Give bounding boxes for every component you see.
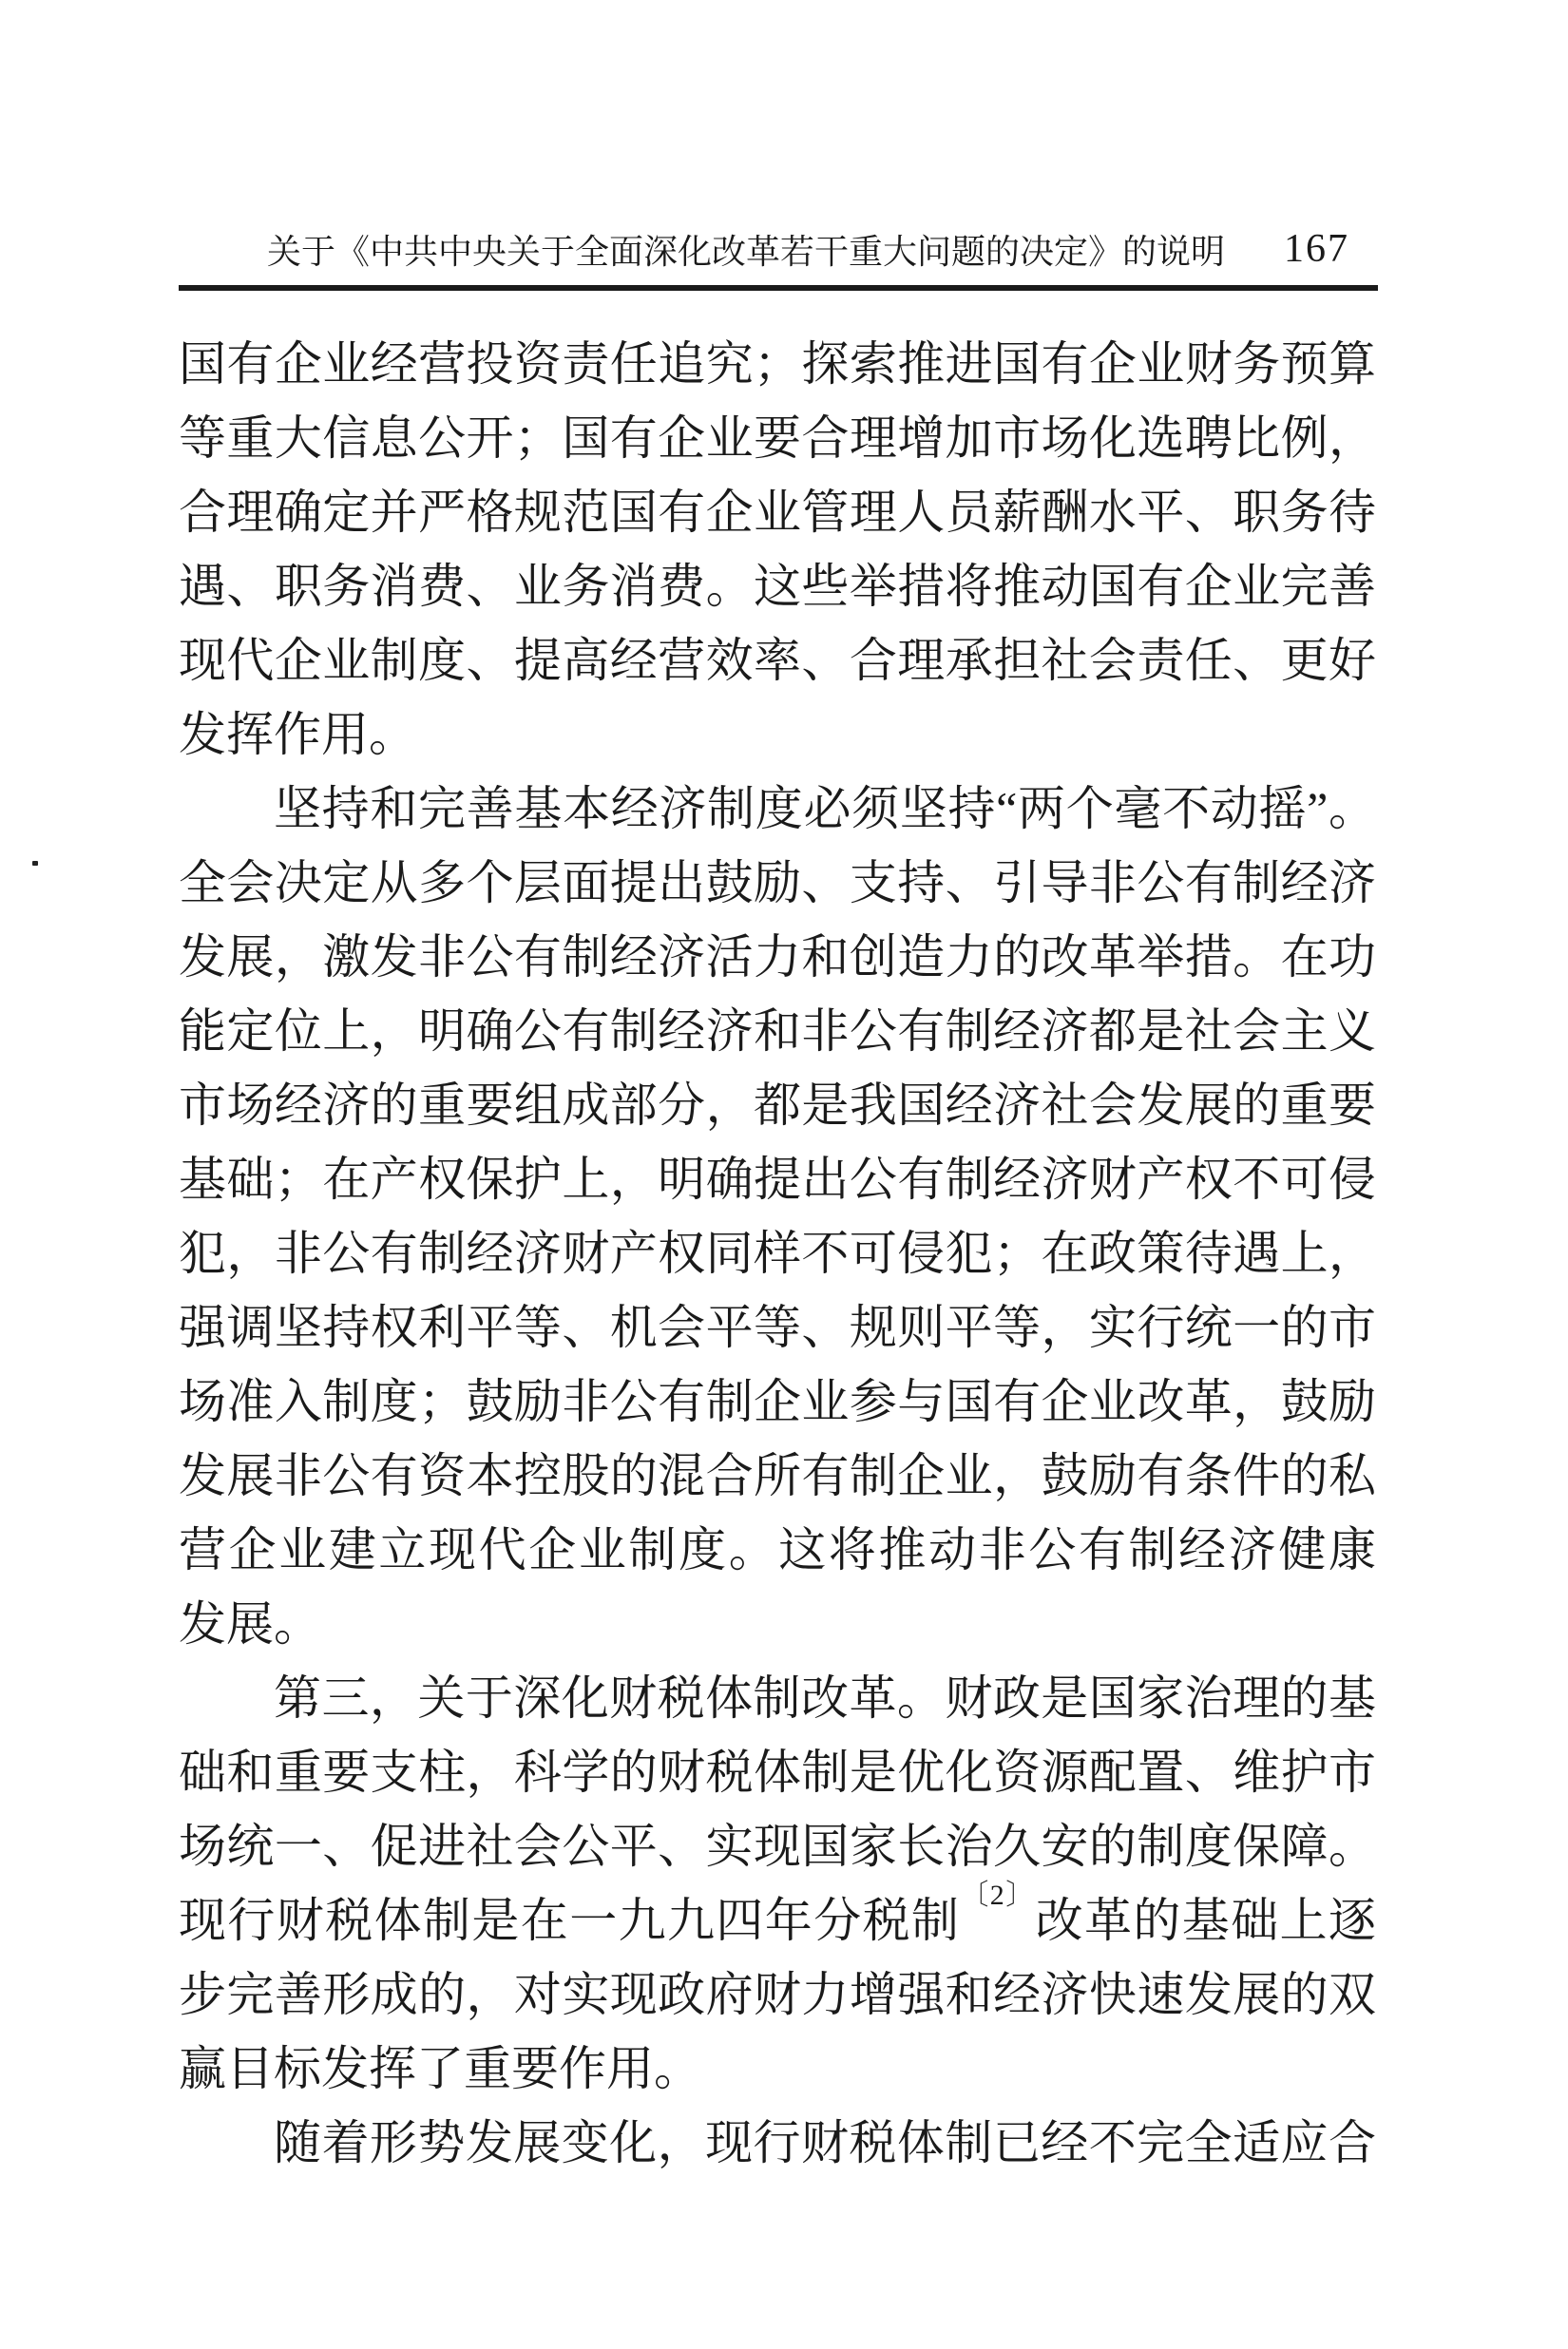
body-line: 场统一、促进社会公平、实现国家长治久安的制度保障。 [179,1809,1376,1883]
body-line: 遇、职务消费、业务消费。这些举措将推动国有企业完善 [179,549,1376,623]
header-divider [179,285,1378,291]
body-line: 市场经济的重要组成部分，都是我国经济社会发展的重要 [179,1068,1376,1142]
body-line: 随着形势发展变化，现行财税体制已经不完全适应合 [179,2106,1376,2180]
body-line: 等重大信息公开；国有企业要合理增加市场化选聘比例， [179,401,1376,475]
footnote-reference: 〔2〕 [960,1880,1035,1911]
body-line: 第三，关于深化财税体制改革。财政是国家治理的基 [179,1661,1376,1735]
body-line: 基础；在产权保护上，明确提出公有制经济财产权不可侵 [179,1142,1376,1216]
body-line: 步完善形成的，对实现政府财力增强和经济快速发展的双 [179,1957,1376,2032]
body-line: 合理确定并严格规范国有企业管理人员薪酬水平、职务待 [179,475,1376,549]
body-line-segment: 改革的基础上逐 [1036,1894,1376,1947]
body-line: 坚持和完善基本经济制度必须坚持“两个毫不动摇”。 [179,772,1376,846]
body-line: 现行财税体制是在一九九四年分税制〔2〕改革的基础上逐 [179,1883,1376,1957]
body-line: 犯，非公有制经济财产权同样不可侵犯；在政策待遇上， [179,1216,1376,1290]
body-line: 发展非公有资本控股的混合所有制企业，鼓励有条件的私 [179,1439,1376,1513]
body-line: 能定位上，明确公有制经济和非公有制经济都是社会主义 [179,994,1376,1068]
body-line: 全会决定从多个层面提出鼓励、支持、引导非公有制经济 [179,846,1376,920]
header-title: 关于《中共中央关于全面深化改革若干重大问题的决定》的说明 [267,225,1225,274]
body-line: 发展。 [179,1587,1376,1661]
body-line: 现代企业制度、提高经营效率、合理承担社会责任、更好 [179,623,1376,697]
body-line: 发挥作用。 [179,697,1376,772]
body-text: 国有企业经营投资责任追究；探索推进国有企业财务预算等重大信息公开；国有企业要合理… [179,327,1376,2180]
body-line: 国有企业经营投资责任追究；探索推进国有企业财务预算 [179,327,1376,401]
scan-artifact-speck [32,861,38,866]
body-line: 赢目标发挥了重要作用。 [179,2032,1376,2106]
body-line: 场准入制度；鼓励非公有制企业参与国有企业改革，鼓励 [179,1365,1376,1439]
body-line-segment: 现行财税体制是在一九九四年分税制 [179,1894,960,1947]
body-line: 营企业建立现代企业制度。这将推动非公有制经济健康 [179,1513,1376,1587]
body-line: 础和重要支柱，科学的财税体制是优化资源配置、维护市 [179,1735,1376,1809]
book-page: 关于《中共中央关于全面深化改革若干重大问题的决定》的说明 167 国有企业经营投… [0,0,1568,2349]
body-line: 发展，激发非公有制经济活力和创造力的改革举措。在功 [179,920,1376,994]
body-line: 强调坚持权利平等、机会平等、规则平等，实行统一的市 [179,1290,1376,1365]
page-number: 167 [1284,226,1349,272]
running-header: 关于《中共中央关于全面深化改革若干重大问题的决定》的说明 167 [179,224,1378,274]
